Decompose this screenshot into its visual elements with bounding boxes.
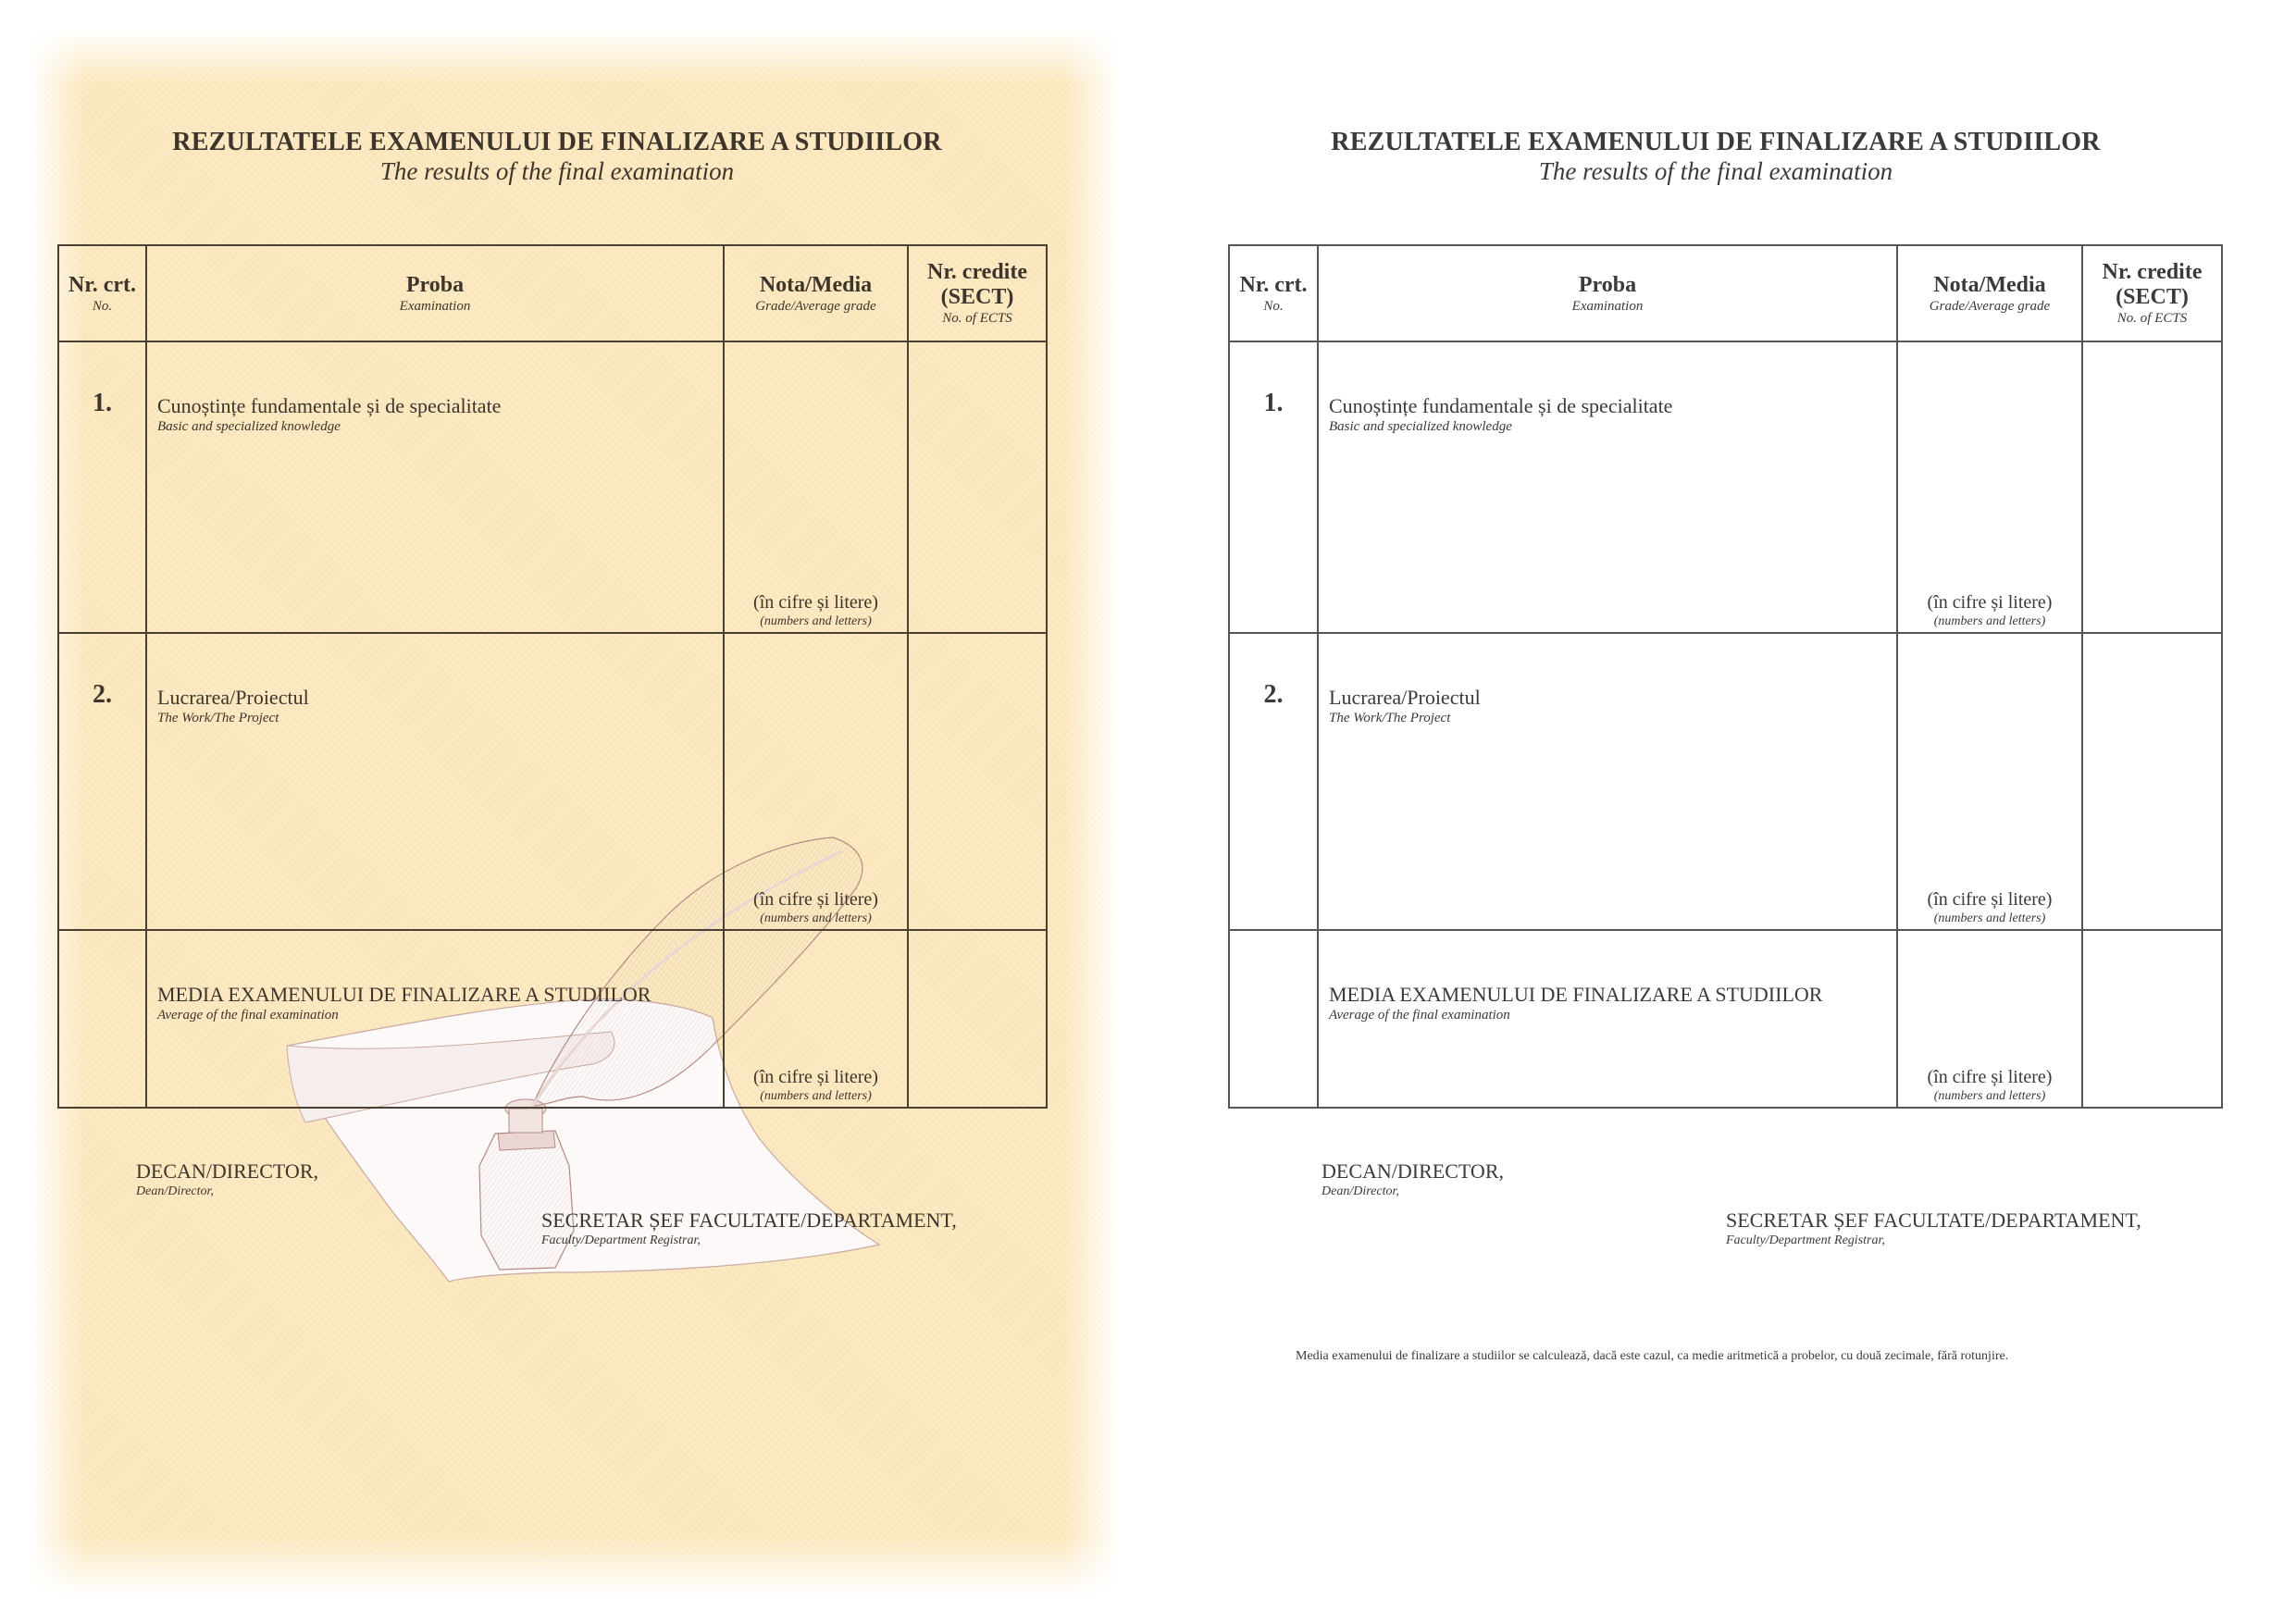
exam-name-en: Basic and specialized knowledge (1329, 418, 1896, 435)
page-left-parchment: REZULTATELE EXAMENULUI DE FINALIZARE A S… (0, 0, 1148, 1624)
grade-hint-en: (numbers and letters) (1898, 1088, 2081, 1105)
registrar-signature: SECRETAR ȘEF FACULTATE/DEPARTAMENT, Facu… (541, 1209, 957, 1249)
header-credits: Nr. credite (SECT) No. of ECTS (908, 245, 1047, 341)
table-row: 1. Cunoștințe fundamentale și de special… (58, 341, 1047, 633)
dean-signature: DECAN/DIRECTOR, Dean/Director, (1322, 1159, 1504, 1200)
grade-hint: (în cifre și litere) (numbers and letter… (1898, 1066, 2081, 1105)
results-table: Nr. crt. No. Proba Examination Nota/Medi… (1228, 244, 2223, 1109)
dean-label-en: Dean/Director, (1322, 1184, 1504, 1200)
grade-hint: (în cifre și litere) (numbers and letter… (725, 888, 907, 927)
dean-label: DECAN/DIRECTOR, (1322, 1159, 1504, 1184)
credits-cell[interactable] (908, 930, 1047, 1108)
registrar-label: SECRETAR ȘEF FACULTATE/DEPARTAMENT, (541, 1209, 957, 1233)
header-exam-sub: Examination (147, 298, 723, 315)
grade-cell[interactable]: (în cifre și litere) (numbers and letter… (724, 341, 908, 633)
header-exam-label: Proba (147, 273, 723, 298)
header-number-sub: No. (1230, 298, 1317, 315)
grade-cell[interactable]: (în cifre și litere) (numbers and letter… (1897, 341, 2082, 633)
exam-name-en: The Work/The Project (1329, 710, 1896, 726)
table-row-average: MEDIA EXAMENULUI DE FINALIZARE A STUDIIL… (58, 930, 1047, 1108)
row-number: 1. (59, 389, 145, 418)
grade-hint-ro: (în cifre și litere) (1898, 1066, 2081, 1088)
header-credits-label2: (SECT) (2083, 285, 2221, 310)
row-number-cell (58, 930, 146, 1108)
footnote: Media examenului de finalizare a studiil… (1296, 1349, 2008, 1364)
grade-hint-en: (numbers and letters) (1898, 614, 2081, 630)
grade-hint-ro: (în cifre și litere) (725, 888, 907, 911)
header-credits-label: Nr. credite (2083, 260, 2221, 285)
table-row: 2. Lucrarea/Proiectul The Work/The Proje… (1229, 633, 2222, 930)
table-row-average: MEDIA EXAMENULUI DE FINALIZARE A STUDIIL… (1229, 930, 2222, 1108)
exam-cell: Lucrarea/Proiectul The Work/The Project (1318, 633, 1897, 930)
credits-cell[interactable] (908, 633, 1047, 930)
credits-cell[interactable] (2082, 930, 2222, 1108)
exam-name-en: The Work/The Project (157, 710, 723, 726)
exam-name-en: Basic and specialized knowledge (157, 418, 723, 435)
exam-name-en: Average of the final examination (1329, 1007, 1896, 1023)
grade-hint-ro: (în cifre și litere) (725, 591, 907, 614)
header-grade: Nota/Media Grade/Average grade (1897, 245, 2082, 341)
table-row: 2. Lucrarea/Proiectul The Work/The Proje… (58, 633, 1047, 930)
exam-name: MEDIA EXAMENULUI DE FINALIZARE A STUDIIL… (1329, 983, 1896, 1007)
row-number-cell: 1. (1229, 341, 1318, 633)
grade-cell[interactable]: (în cifre și litere) (numbers and letter… (724, 633, 908, 930)
exam-name: Lucrarea/Proiectul (157, 686, 723, 710)
grade-hint-en: (numbers and letters) (725, 1088, 907, 1105)
header-credits-sub: No. of ECTS (2083, 310, 2221, 327)
grade-cell[interactable]: (în cifre și litere) (numbers and letter… (724, 930, 908, 1108)
credits-cell[interactable] (2082, 341, 2222, 633)
header-grade-label: Nota/Media (1898, 273, 2081, 298)
grade-hint-en: (numbers and letters) (725, 911, 907, 927)
header-exam-sub: Examination (1319, 298, 1896, 315)
exam-name: Cunoștințe fundamentale și de specialita… (157, 394, 723, 418)
header-number-sub: No. (59, 298, 145, 315)
registrar-label: SECRETAR ȘEF FACULTATE/DEPARTAMENT, (1726, 1209, 2141, 1233)
exam-name-en: Average of the final examination (157, 1007, 723, 1023)
grade-hint-en: (numbers and letters) (725, 614, 907, 630)
page-right-plain: REZULTATELE EXAMENULUI DE FINALIZARE A S… (1148, 0, 2296, 1624)
header-exam-label: Proba (1319, 273, 1896, 298)
row-number-cell: 2. (1229, 633, 1318, 930)
grade-hint: (în cifre și litere) (numbers and letter… (725, 591, 907, 630)
exam-name: MEDIA EXAMENULUI DE FINALIZARE A STUDIIL… (157, 983, 723, 1007)
header-number: Nr. crt. No. (1229, 245, 1318, 341)
header-grade-label: Nota/Media (725, 273, 907, 298)
dean-label: DECAN/DIRECTOR, (136, 1159, 318, 1184)
table-row: 1. Cunoștințe fundamentale și de special… (1229, 341, 2222, 633)
table-header-row: Nr. crt. No. Proba Examination Nota/Medi… (1229, 245, 2222, 341)
document-title: REZULTATELE EXAMENULUI DE FINALIZARE A S… (20, 128, 1094, 157)
grade-hint-en: (numbers and letters) (1898, 911, 2081, 927)
grade-cell[interactable]: (în cifre și litere) (numbers and letter… (1897, 930, 2082, 1108)
row-number-cell: 2. (58, 633, 146, 930)
header-credits-label: Nr. credite (909, 260, 1046, 285)
row-number: 2. (59, 680, 145, 710)
header-exam: Proba Examination (146, 245, 724, 341)
title-block: REZULTATELE EXAMENULUI DE FINALIZARE A S… (1179, 128, 2253, 185)
registrar-label-en: Faculty/Department Registrar, (1726, 1233, 2141, 1249)
exam-name: Cunoștințe fundamentale și de specialita… (1329, 394, 1896, 418)
header-credits-sub: No. of ECTS (909, 310, 1046, 327)
document-title: REZULTATELE EXAMENULUI DE FINALIZARE A S… (1179, 128, 2253, 157)
header-number-label: Nr. crt. (1230, 273, 1317, 298)
grade-cell[interactable]: (în cifre și litere) (numbers and letter… (1897, 633, 2082, 930)
document-subtitle: The results of the final examination (1179, 157, 2253, 185)
grade-hint: (în cifre și litere) (numbers and letter… (725, 1066, 907, 1105)
grade-hint: (în cifre și litere) (numbers and letter… (1898, 591, 2081, 630)
registrar-signature: SECRETAR ȘEF FACULTATE/DEPARTAMENT, Facu… (1726, 1209, 2141, 1249)
header-exam: Proba Examination (1318, 245, 1897, 341)
credits-cell[interactable] (908, 341, 1047, 633)
row-number: 1. (1230, 389, 1317, 418)
table-header-row: Nr. crt. No. Proba Examination Nota/Medi… (58, 245, 1047, 341)
row-number: 2. (1230, 680, 1317, 710)
grade-hint: (în cifre și litere) (numbers and letter… (1898, 888, 2081, 927)
row-number-cell: 1. (58, 341, 146, 633)
document-subtitle: The results of the final examination (20, 157, 1094, 185)
header-number-label: Nr. crt. (59, 273, 145, 298)
header-number: Nr. crt. No. (58, 245, 146, 341)
grade-hint-ro: (în cifre și litere) (1898, 888, 2081, 911)
header-credits: Nr. credite (SECT) No. of ECTS (2082, 245, 2222, 341)
exam-name: Lucrarea/Proiectul (1329, 686, 1896, 710)
header-grade-sub: Grade/Average grade (1898, 298, 2081, 315)
registrar-label-en: Faculty/Department Registrar, (541, 1233, 957, 1249)
exam-cell: MEDIA EXAMENULUI DE FINALIZARE A STUDIIL… (146, 930, 724, 1108)
dean-signature: DECAN/DIRECTOR, Dean/Director, (136, 1159, 318, 1200)
results-table: Nr. crt. No. Proba Examination Nota/Medi… (57, 244, 1048, 1109)
grade-hint-ro: (în cifre și litere) (725, 1066, 907, 1088)
exam-cell: Cunoștințe fundamentale și de specialita… (146, 341, 724, 633)
header-credits-label2: (SECT) (909, 285, 1046, 310)
dean-label-en: Dean/Director, (136, 1184, 318, 1200)
title-block: REZULTATELE EXAMENULUI DE FINALIZARE A S… (20, 128, 1094, 185)
row-number-cell (1229, 930, 1318, 1108)
exam-cell: Lucrarea/Proiectul The Work/The Project (146, 633, 724, 930)
header-grade: Nota/Media Grade/Average grade (724, 245, 908, 341)
exam-cell: MEDIA EXAMENULUI DE FINALIZARE A STUDIIL… (1318, 930, 1897, 1108)
exam-cell: Cunoștințe fundamentale și de specialita… (1318, 341, 1897, 633)
credits-cell[interactable] (2082, 633, 2222, 930)
grade-hint-ro: (în cifre și litere) (1898, 591, 2081, 614)
header-grade-sub: Grade/Average grade (725, 298, 907, 315)
